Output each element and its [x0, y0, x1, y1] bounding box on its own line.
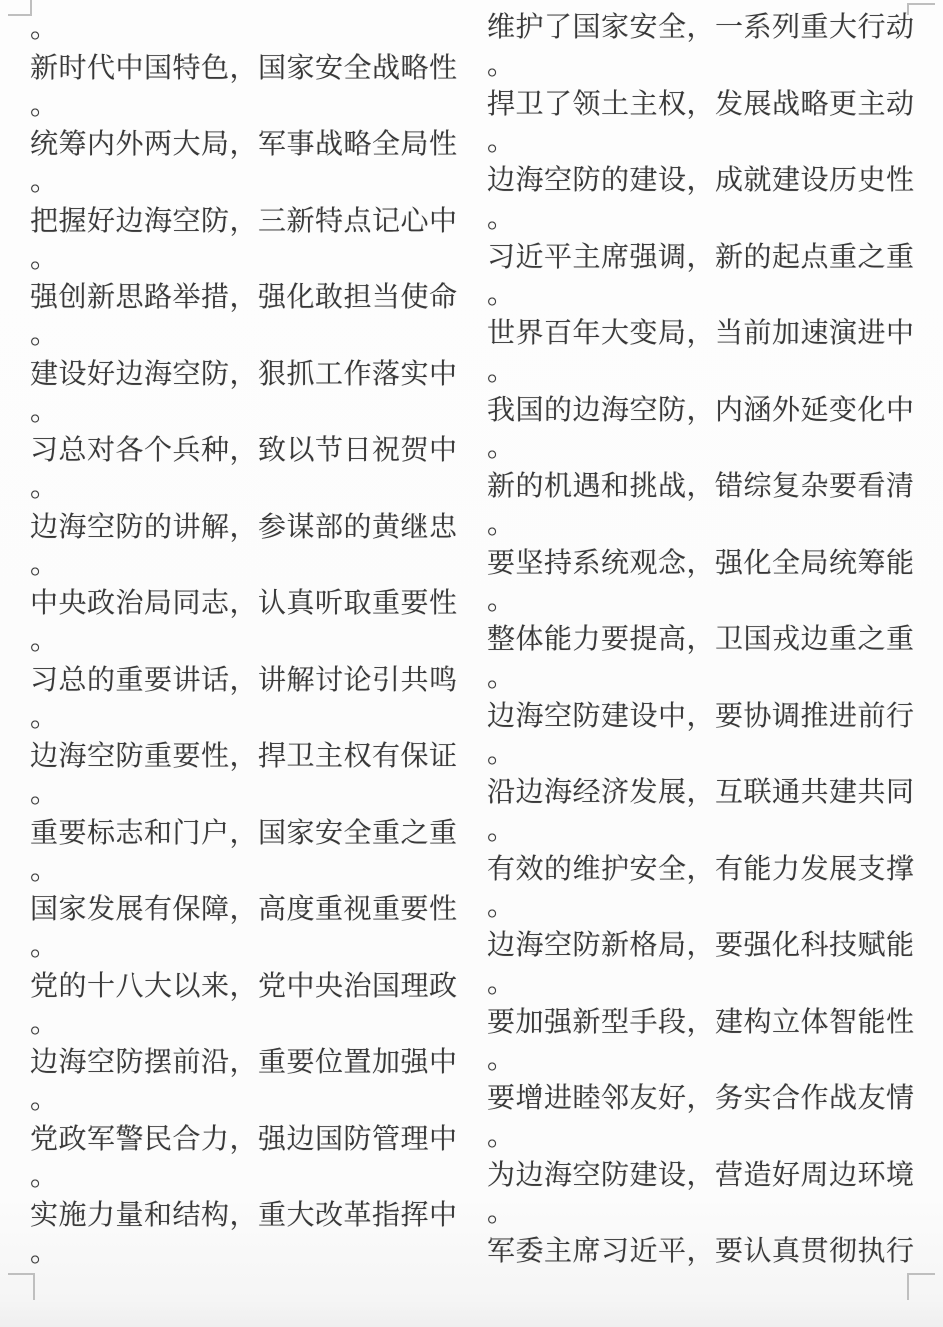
- text-line: 要加强新型手段，建构立体智能性: [487, 1004, 915, 1040]
- period-line: 。: [487, 1118, 516, 1154]
- period-line: 。: [487, 812, 516, 848]
- text-line: 习近平主席强调，新的起点重之重: [487, 239, 915, 275]
- text-line: 有效的维护安全，有能力发展支撑: [487, 851, 915, 887]
- period-line: 。: [487, 200, 516, 236]
- right-text-column: 维护了国家安全，一系列重大行动。捍卫了领土主权，发展战略更主动。边海空防的建设，…: [0, 0, 943, 1327]
- text-line: 捍卫了领土主权，发展战略更主动: [487, 86, 915, 122]
- text-line: 要坚持系统观念，强化全局统筹能: [487, 545, 915, 581]
- period-line: 。: [487, 659, 516, 695]
- period-line: 。: [487, 735, 516, 771]
- period-line: 。: [487, 276, 516, 312]
- text-line: 维护了国家安全，一系列重大行动: [487, 9, 915, 45]
- period-line: 。: [487, 47, 516, 83]
- period-line: 。: [487, 888, 516, 924]
- period-line: 。: [487, 353, 516, 389]
- text-line: 边海空防新格局，要强化科技赋能: [487, 927, 915, 963]
- text-line: 我国的边海空防，内涵外延变化中: [487, 392, 915, 428]
- text-line: 要增进睦邻友好，务实合作战友情: [487, 1080, 915, 1116]
- period-line: 。: [487, 1194, 516, 1230]
- text-line: 边海空防的建设，成就建设历史性: [487, 162, 915, 198]
- text-line: 军委主席习近平，要认真贯彻执行: [487, 1233, 915, 1269]
- text-line: 为边海空防建设，营造好周边环境: [487, 1157, 915, 1193]
- text-line: 边海空防建设中，要协调推进前行: [487, 698, 915, 734]
- document-page: 。新时代中国特色，国家安全战略性。统筹内外两大局，军事战略全局性。把握好边海空防…: [0, 0, 943, 1327]
- period-line: 。: [487, 429, 516, 465]
- period-line: 。: [487, 123, 516, 159]
- text-line: 新的机遇和挑战，错综复杂要看清: [487, 468, 915, 504]
- period-line: 。: [487, 506, 516, 542]
- text-line: 世界百年大变局，当前加速演进中: [487, 315, 915, 351]
- text-line: 沿边海经济发展，互联通共建共同: [487, 774, 915, 810]
- text-line: 整体能力要提高，卫国戎边重之重: [487, 621, 915, 657]
- period-line: 。: [487, 1041, 516, 1077]
- period-line: 。: [487, 582, 516, 618]
- period-line: 。: [487, 965, 516, 1001]
